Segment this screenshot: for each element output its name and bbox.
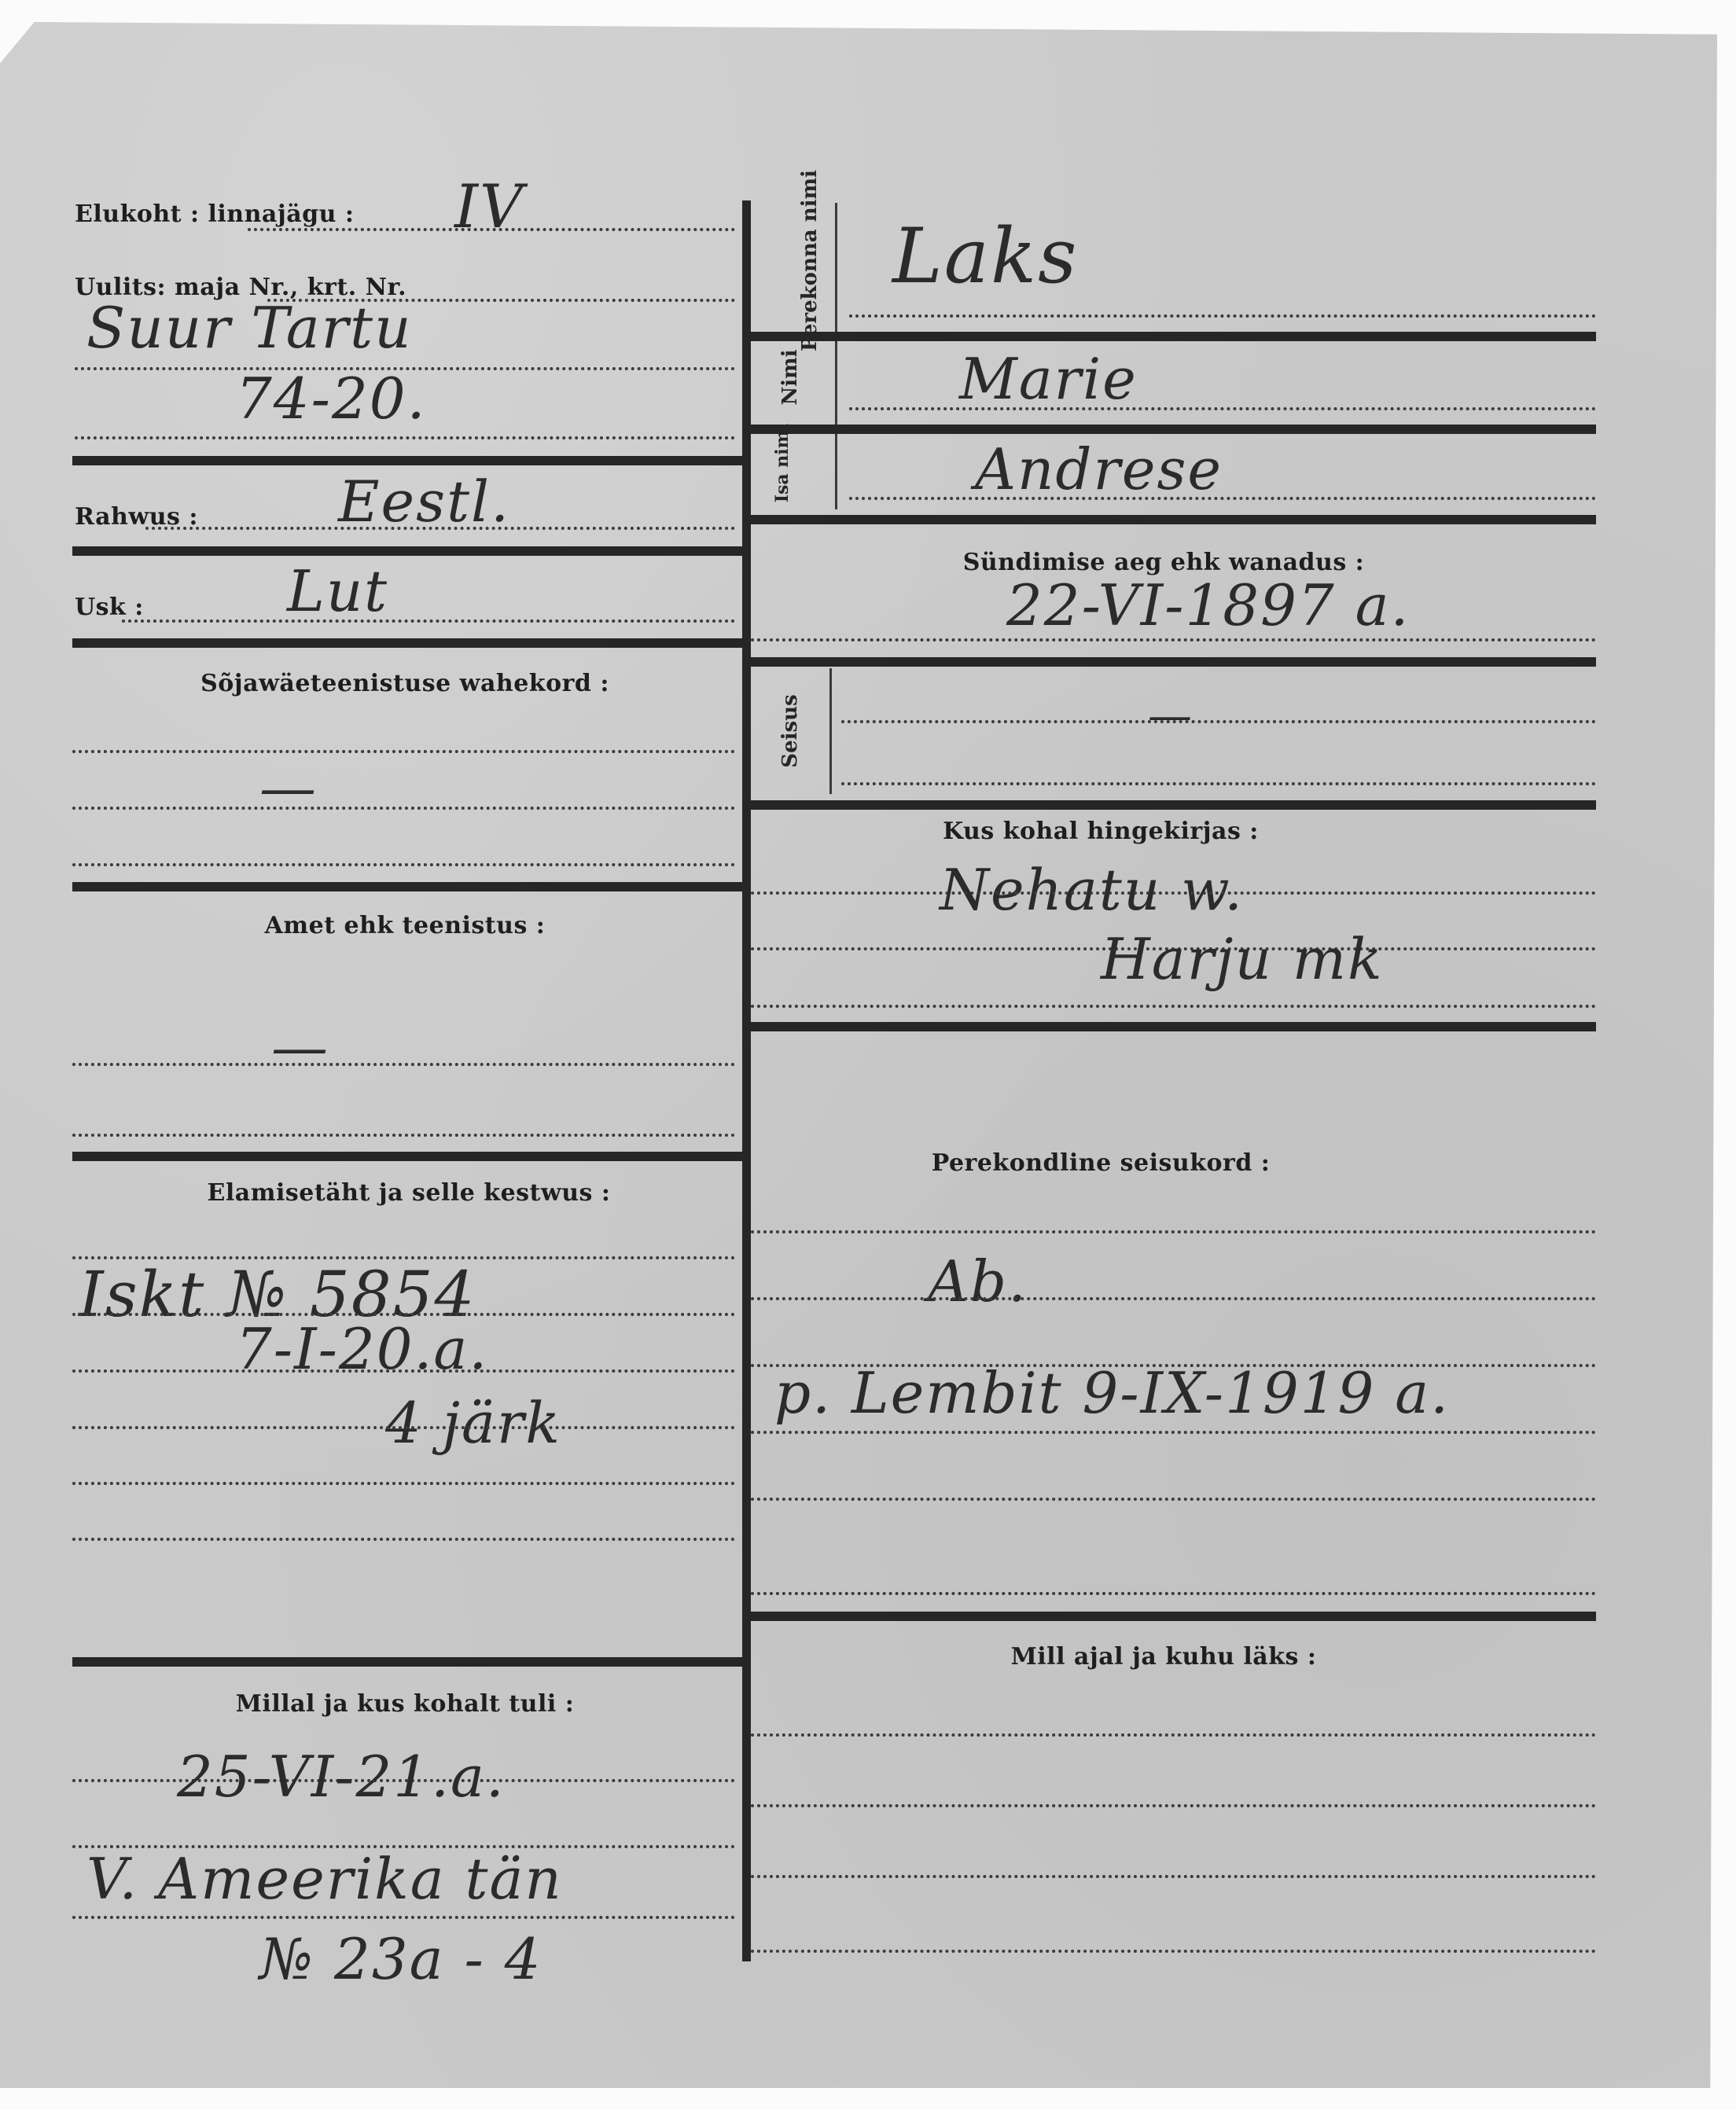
- label-column-divider: [835, 203, 837, 509]
- section-rule: [751, 332, 1596, 341]
- marital-line-2: [751, 1297, 1596, 1300]
- registry-line-3: [751, 1005, 1596, 1008]
- marital-status-value-2: p. Lembit 9-IX-1919 a.: [774, 1360, 1450, 1426]
- marital-status-label: Perekondline seisukord :: [932, 1149, 1271, 1177]
- section-rule: [751, 515, 1596, 524]
- center-divider: [742, 200, 751, 1961]
- street-line-3: [75, 436, 735, 439]
- birth-date-line: [751, 638, 1596, 641]
- marital-line-1: [751, 1230, 1596, 1233]
- father-name-line: [849, 497, 1596, 500]
- residence-permit-value-3: 4 järk: [385, 1390, 561, 1456]
- registry-place-value-2: Harju mk: [1101, 926, 1384, 992]
- first-name-value: Marie: [959, 346, 1138, 412]
- section-rule: [72, 546, 742, 556]
- arrival-line-3: [72, 1916, 735, 1919]
- military-line-3: [72, 863, 735, 866]
- permit-line-6: [72, 1538, 735, 1541]
- religion-value: Lut: [287, 558, 388, 624]
- residence-line: [248, 228, 735, 231]
- section-rule: [751, 800, 1596, 810]
- religion-line: [122, 619, 735, 623]
- permit-line-3: [72, 1369, 735, 1373]
- religion-label: Usk :: [75, 594, 144, 621]
- section-rule: [72, 882, 742, 891]
- departure-label: Mill ajal ja kuhu läks :: [1011, 1643, 1317, 1671]
- section-rule: [72, 1657, 742, 1667]
- departure-line-2: [751, 1804, 1596, 1807]
- marital-line-6: [751, 1592, 1596, 1595]
- birth-date-value: 22-VI-1897 a.: [1006, 572, 1410, 638]
- status-column-divider: [829, 668, 832, 794]
- occupation-line-1: [72, 1063, 735, 1066]
- status-line-1: [841, 720, 1596, 723]
- marital-line-4: [751, 1431, 1596, 1434]
- departure-line-1: [751, 1733, 1596, 1737]
- section-rule: [751, 657, 1596, 667]
- occupation-line-2: [72, 1134, 735, 1137]
- first-name-line: [849, 407, 1596, 410]
- military-line-2: [72, 807, 735, 810]
- first-name-label: Nimi: [779, 330, 801, 425]
- military-line-1: [72, 750, 735, 753]
- section-rule: [72, 1152, 742, 1161]
- permit-line-4: [72, 1426, 735, 1429]
- nationality-line: [145, 527, 735, 530]
- military-service-value: —: [259, 755, 318, 821]
- arrival-label: Millal ja kus kohalt tuli :: [236, 1690, 575, 1718]
- registry-place-value-1: Nehatu w.: [940, 857, 1244, 923]
- military-service-label: Sõjawäeteenistuse wahekord :: [200, 670, 609, 697]
- section-rule: [72, 638, 742, 648]
- father-name-label: Isa nimi: [774, 416, 791, 510]
- section-rule: [751, 425, 1596, 434]
- departure-line-4: [751, 1950, 1596, 1953]
- nationality-value: Eestl.: [338, 469, 510, 535]
- occupation-value: —: [271, 1014, 329, 1080]
- permit-line-5: [72, 1482, 735, 1485]
- occupation-label: Amet ehk teenistus :: [265, 912, 546, 939]
- street-value-2: 74-20.: [236, 366, 426, 432]
- marital-line-3: [751, 1364, 1596, 1367]
- section-rule: [751, 1022, 1596, 1031]
- surname-value: Laks: [892, 212, 1078, 300]
- arrival-value-3: № 23a - 4: [259, 1926, 542, 1992]
- father-name-value: Andrese: [975, 436, 1223, 502]
- registry-place-label: Kus kohal hingekirjas :: [943, 818, 1259, 845]
- status-label: Seisus: [779, 692, 801, 770]
- departure-line-3: [751, 1875, 1596, 1878]
- section-rule: [72, 456, 742, 465]
- marital-status-value-1: Ab.: [928, 1248, 1028, 1314]
- arrival-value-1: 25-VI-21.a.: [177, 1744, 506, 1810]
- arrival-value-2: V. Ameerika tän: [86, 1846, 563, 1912]
- surname-line: [849, 314, 1596, 318]
- status-line-2: [841, 782, 1596, 785]
- marital-line-5: [751, 1498, 1596, 1501]
- registry-line-1: [751, 891, 1596, 895]
- section-rule: [751, 1612, 1596, 1621]
- residence-label: Elukoht : linnajägu :: [75, 200, 354, 228]
- street-value-1: Suur Tartu: [86, 295, 412, 361]
- residence-permit-label: Elamisetäht ja selle kestwus :: [208, 1179, 611, 1207]
- status-value: —: [1148, 690, 1193, 741]
